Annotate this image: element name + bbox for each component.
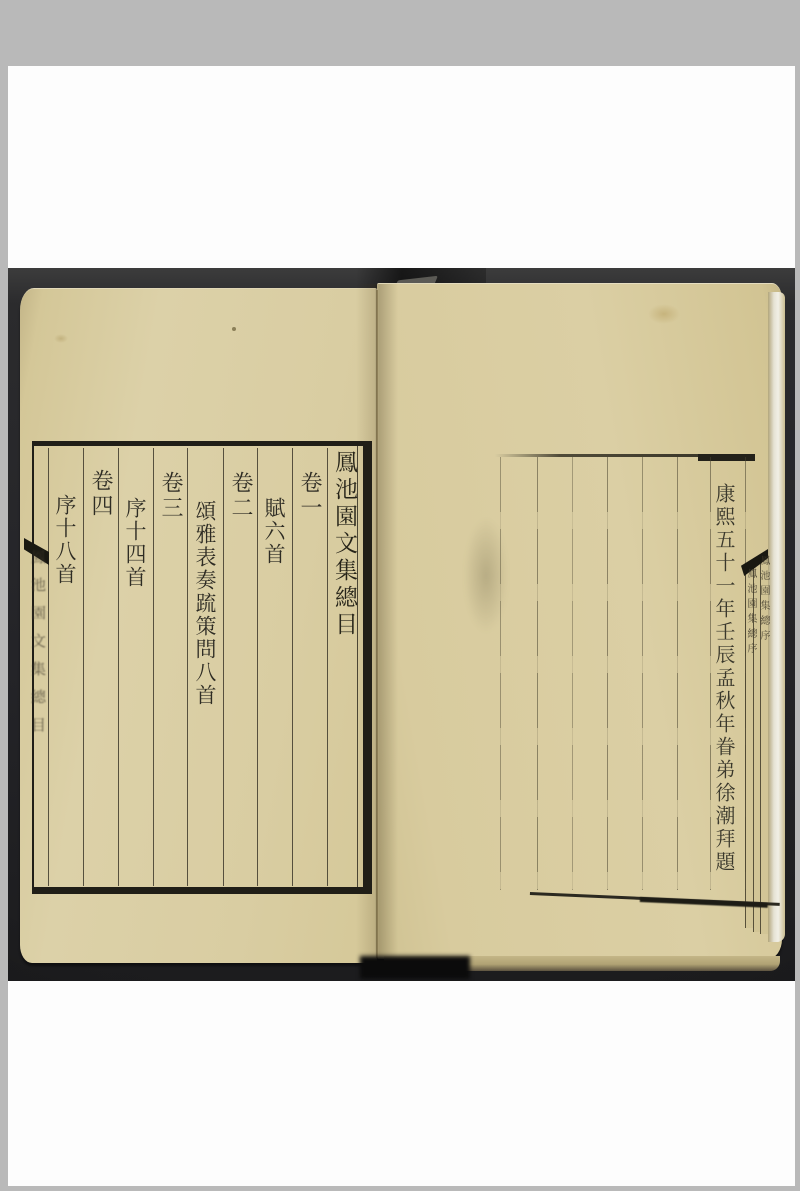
paper-stain xyxy=(648,304,680,324)
column-rule xyxy=(83,448,84,886)
right-page-top-rule-thick xyxy=(698,454,755,461)
fore-edge-title-right-1: 鳳池園集總序 xyxy=(758,555,768,645)
column-rule xyxy=(223,448,224,886)
book-title: 鳳池園文集總目 xyxy=(332,450,355,639)
right-column-rule xyxy=(572,457,573,890)
column-rule xyxy=(118,448,119,886)
right-column-rule xyxy=(607,457,608,890)
right-column-rule xyxy=(500,457,501,890)
column-rule xyxy=(187,448,188,886)
right-column-rule xyxy=(677,457,678,890)
column-rule xyxy=(257,448,258,886)
book-photograph: 鳳池園文集總目 卷一 賦六首 卷二 頌雅表奏䟽策問八首 卷三 序十四首 卷四 序… xyxy=(8,268,795,981)
column-rule xyxy=(292,448,293,886)
column-rule xyxy=(327,448,328,886)
toc-entry-item-3: 序十四首 xyxy=(124,497,145,589)
toc-entry-item-4: 序十八首 xyxy=(54,494,75,586)
scan-viewer: { "viewer": { "outer_background": "#b9b9… xyxy=(0,0,800,1191)
fore-edge-stack xyxy=(768,292,785,942)
right-column-rule xyxy=(537,457,538,890)
right-column-rule xyxy=(710,457,711,890)
spine-crease xyxy=(376,290,378,958)
right-column-rule xyxy=(745,457,746,890)
ink-smudge xyxy=(464,518,508,633)
paper-stain xyxy=(54,334,68,343)
colophon-inscription: 康熙五十一年壬辰孟秋年眷弟徐潮拜題 xyxy=(714,483,734,874)
under-spine-shadow xyxy=(360,956,470,979)
fore-edge-title-right-2: 鳳池園集總序 xyxy=(745,568,755,658)
column-rule xyxy=(153,448,154,886)
toc-entry-item-2: 頌雅表奏䟽策問八首 xyxy=(194,500,215,707)
ink-dot-stain xyxy=(232,327,236,331)
toc-entry-volume-3: 卷三 xyxy=(159,471,181,521)
column-rule xyxy=(48,448,49,886)
toc-entry-volume-1: 卷一 xyxy=(298,471,320,521)
toc-entry-volume-4: 卷四 xyxy=(89,469,111,519)
fore-edge-title-left: 鳳池園文集總目 xyxy=(30,549,45,745)
toc-entry-item-1: 賦六首 xyxy=(263,497,284,566)
right-column-rule xyxy=(642,457,643,890)
toc-entry-volume-2: 卷二 xyxy=(229,471,251,521)
